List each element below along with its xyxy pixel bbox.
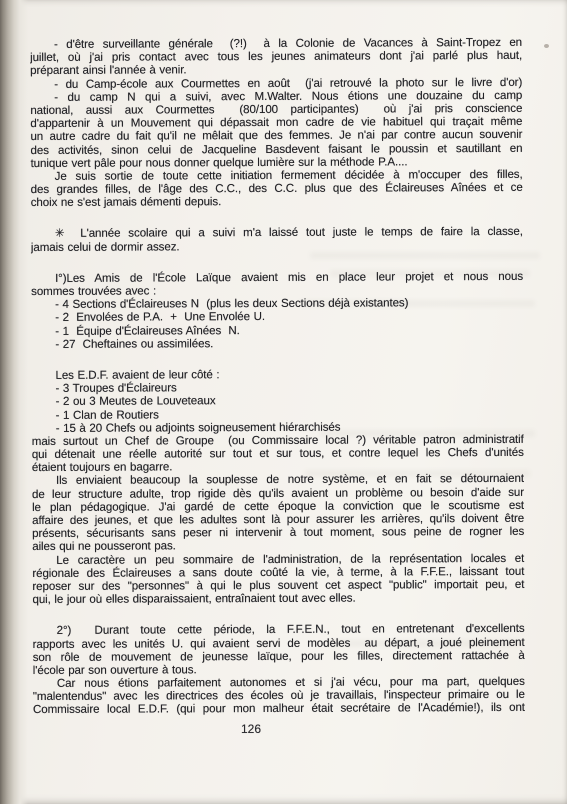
text-line: reposer sur des "personnes" à qui le plu… [32, 578, 524, 593]
paragraph-gap [32, 604, 524, 624]
page-number: 126 [31, 722, 471, 736]
scan-speck-artifact [544, 44, 549, 48]
text-line: présents, sécurisants sans peser ni inte… [32, 525, 524, 540]
text-line: qui détenait une réelle autorité sur tou… [32, 446, 524, 461]
paragraph-gap [31, 207, 523, 227]
page-gutter-shadow [0, 0, 28, 804]
text-line: Commissaire local E.D.F. (qui pour mon m… [33, 701, 525, 716]
scanned-page: - d'être surveillante générale (?!) à la… [0, 0, 567, 804]
paragraph-gap [31, 349, 523, 369]
text-line: des activités, sinon celui de Jacqueline… [30, 141, 522, 156]
text-line: ✳ L'année scolaire qui a suivi m'a laiss… [31, 225, 523, 240]
page-text-block: - d'être surveillante générale (?!) à la… [30, 36, 525, 717]
paragraph-gap [31, 252, 523, 272]
text-line: des grandes filles, de l'âge des C.C., d… [31, 181, 523, 196]
text-line: son rôle de mouvement de jeunesse laïque… [33, 649, 525, 664]
text-line: I°)Les Amis de l'École Laïque avaient mi… [31, 270, 523, 285]
text-line: juillet, où j'ai pris contact avec tous … [30, 49, 522, 64]
